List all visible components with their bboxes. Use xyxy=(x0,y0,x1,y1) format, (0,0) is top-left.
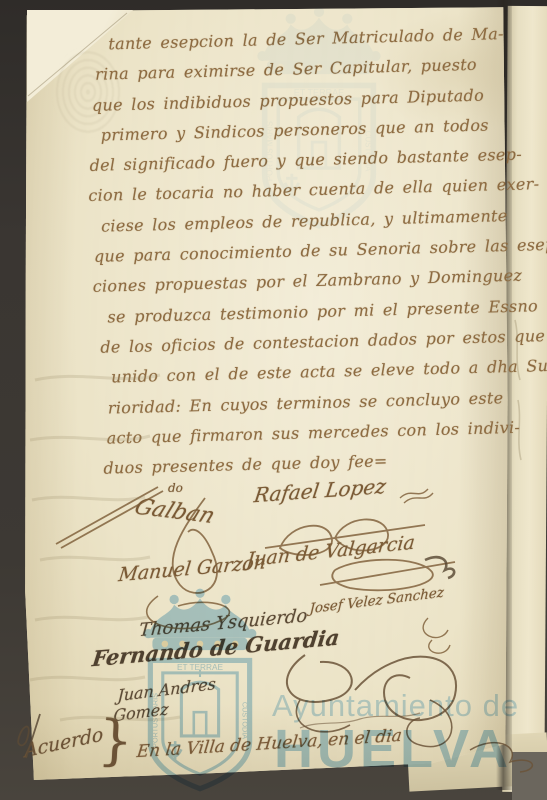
scanner-bed-step xyxy=(512,752,547,800)
signature-galban-prefix: do xyxy=(168,481,183,495)
scanned-manuscript-page: tante esepcion la de Ser Matriculado de … xyxy=(0,0,547,800)
margin-brace: } xyxy=(97,708,135,773)
manuscript-text-block: tante esepcion la de Ser Matriculado de … xyxy=(86,19,528,485)
